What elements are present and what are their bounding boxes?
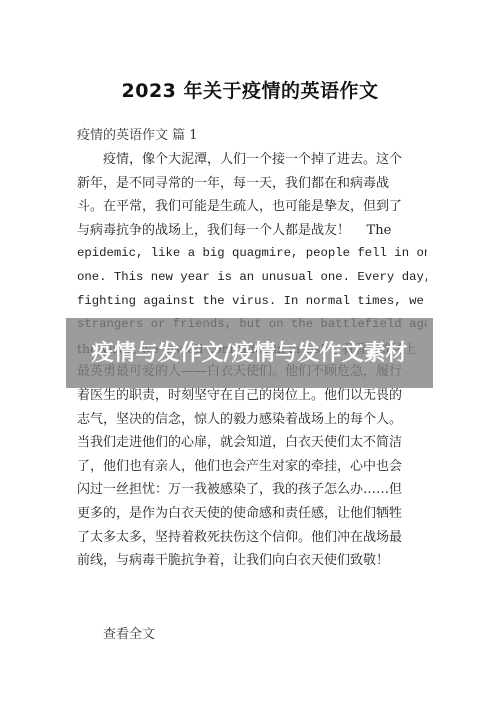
essay-line: 了太多太多，坚持着救死扶伤这个信仰。他们冲在战场最 [77, 526, 427, 550]
essay-line: one. This new year is an unusual one. Ev… [77, 266, 427, 290]
essay-line: 前线，与病毒干脆抗争着，让我们向白衣天使们致敬！ [77, 549, 427, 573]
overlay-caption: 疫情与发作文/疫情与发作文素材 [85, 340, 415, 367]
essay-subheading: 疫情的英语作文 篇 1 [77, 124, 198, 143]
essay-line: epidemic, like a big quagmire, people fe… [77, 242, 427, 266]
essay-line: 斗。在平常，我们可能是生疏人，也可能是挚友，但到了 [77, 195, 427, 219]
essay-line: 当我们走进他们的心扉，就会知道，白衣天使们太不简洁 [77, 431, 427, 455]
essay-line: 志气，坚决的信念，惊人的毅力感染着战场上的每个人。 [77, 408, 427, 432]
document-title: 2023 年关于疫情的英语作文 [0, 76, 500, 103]
caption-overlay: 疫情与发作文/疫情与发作文素材 [66, 318, 433, 388]
essay-line: 疫情，像个大泥潭，人们一个接一个掉了进去。这个 [77, 148, 427, 172]
view-full-text-link[interactable]: 查看全文 [103, 623, 155, 642]
essay-line: 新年，是不同寻常的一年，每一天，我们都在和病毒战 [77, 172, 427, 196]
essay-line: fighting against the virus. In normal ti… [77, 290, 427, 314]
essay-line: 了，他们也有亲人，他们也会产生对家的牵挂，心中也会 [77, 455, 427, 479]
essay-line: 闪过一丝担忧：万一我被感染了，我的孩子怎么办……但 [77, 478, 427, 502]
essay-line: 更多的，是作为白衣天使的使命感和责任感，让他们牺牲 [77, 502, 427, 526]
essay-line: 与病毒抗争的战场上，我们每一个人都是战友！ The [77, 219, 427, 243]
